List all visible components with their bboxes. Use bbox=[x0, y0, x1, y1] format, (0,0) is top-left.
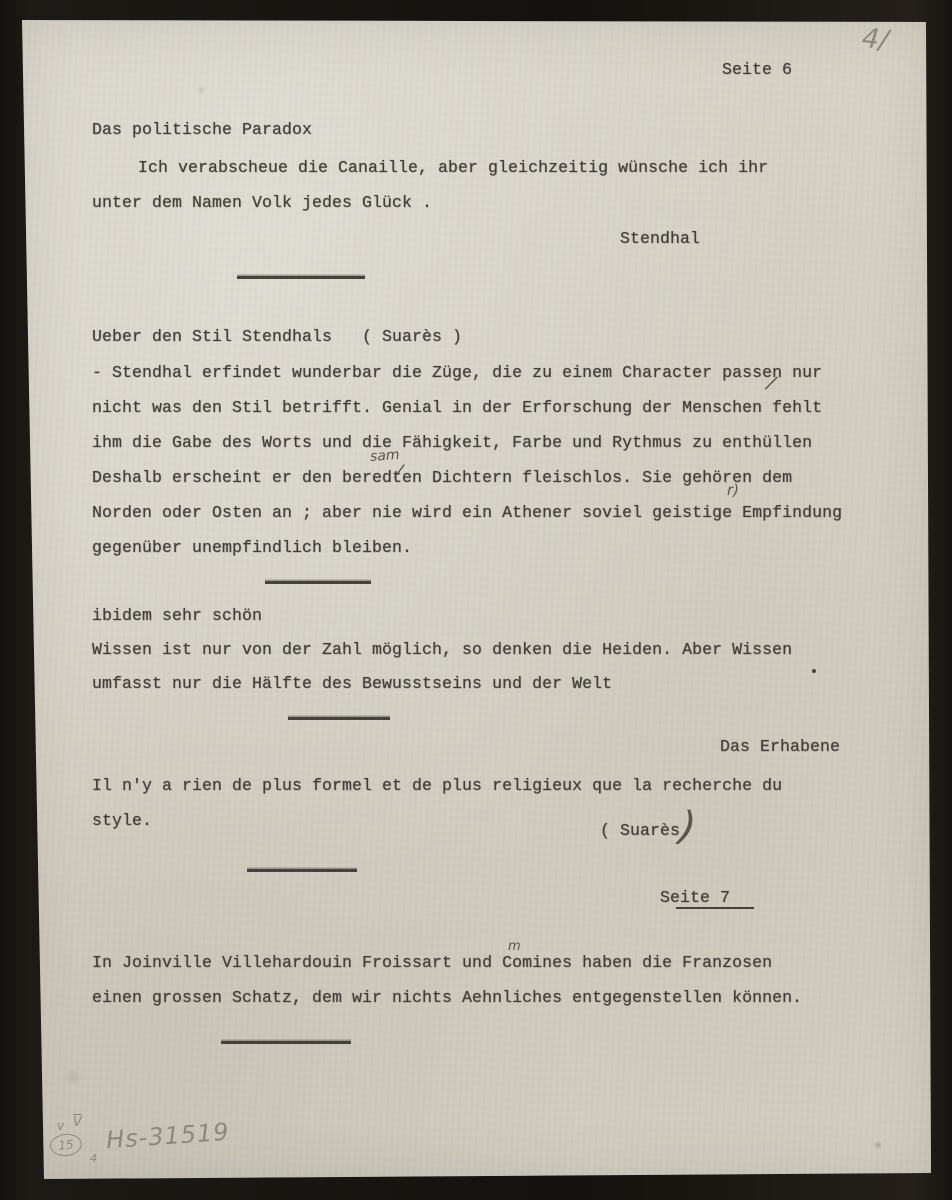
handwritten-m-insert: m bbox=[508, 939, 521, 954]
erhabene-attribution: ( Suarès bbox=[600, 821, 680, 842]
typed-divider-4 bbox=[247, 869, 357, 872]
stray-ink-dot bbox=[812, 669, 816, 673]
document-page: 4/ Seite 6 Das politische Paradox Ich ve… bbox=[0, 0, 952, 1200]
handwritten-closing-paren: ) bbox=[677, 803, 699, 851]
erhabene-title: Das Erhabene bbox=[720, 737, 840, 758]
pencil-circle-stamp: 15 bbox=[49, 1132, 83, 1157]
paper-stain bbox=[60, 1070, 86, 1084]
seite7-line-1: In Joinville Villehardouin Froissart und… bbox=[92, 953, 772, 974]
paradox-title: Das politische Paradox bbox=[92, 120, 312, 141]
stil-line-2: nicht was den Stil betrifft. Genial in d… bbox=[92, 398, 822, 419]
archive-number: Hs-31519 bbox=[105, 1118, 230, 1155]
ibidem-heading: ibidem sehr schön bbox=[92, 606, 262, 627]
paradox-line-1: Ich verabscheue die Canaille, aber gleic… bbox=[138, 158, 768, 179]
typed-divider-1 bbox=[237, 276, 365, 279]
ibidem-line-1: Wissen ist nur von der Zahl möglich, so … bbox=[92, 640, 792, 661]
seite7-underline bbox=[676, 907, 754, 909]
typed-divider-3 bbox=[288, 717, 390, 720]
typed-divider-2 bbox=[265, 581, 371, 584]
page-number-label: Seite 6 bbox=[722, 60, 792, 81]
pencil-circle-subscript: 4 bbox=[90, 1152, 97, 1165]
paradox-attribution: Stendhal bbox=[620, 229, 700, 250]
pencil-circle-number: 15 bbox=[58, 1137, 75, 1153]
paper-stain bbox=[196, 86, 206, 94]
page-number-label-7: Seite 7 bbox=[660, 888, 730, 909]
seite7-line-2: einen grossen Schatz, dem wir nichts Aeh… bbox=[92, 988, 802, 1009]
stil-line-1: - Stendhal erfindet wunderbar die Züge, … bbox=[92, 363, 822, 384]
handwritten-corner-mark: 4/ bbox=[860, 23, 889, 57]
ibidem-line-2: umfasst nur die Hälfte des Bewusstseins … bbox=[92, 674, 612, 695]
stil-line-4: Deshalb erscheint er den beredten Dichte… bbox=[92, 468, 792, 489]
paper-stain bbox=[874, 1140, 882, 1150]
pencil-check-small: v bbox=[57, 1119, 64, 1133]
stil-heading: Ueber den Stil Stendhals ( Suarès ) bbox=[92, 327, 462, 348]
pencil-check-large: V bbox=[73, 1115, 82, 1130]
erhabene-line-2: style. bbox=[92, 811, 152, 832]
typed-divider-5 bbox=[221, 1041, 351, 1044]
paradox-line-2: unter dem Namen Volk jedes Glück . bbox=[92, 193, 432, 214]
stil-line-3: ihm die Gabe des Worts und die Fähigkeit… bbox=[92, 433, 812, 454]
handwritten-sam-insert: sam bbox=[369, 447, 400, 465]
stil-line-6: gegenüber unempfindlich bleiben. bbox=[92, 538, 412, 559]
stil-line-5: Norden oder Osten an ; aber nie wird ein… bbox=[92, 503, 842, 524]
erhabene-line-1: Il n'y a rien de plus formel et de plus … bbox=[92, 776, 782, 797]
scan-background: 4/ Seite 6 Das politische Paradox Ich ve… bbox=[0, 0, 952, 1200]
handwritten-r-insert: r) bbox=[727, 481, 739, 499]
